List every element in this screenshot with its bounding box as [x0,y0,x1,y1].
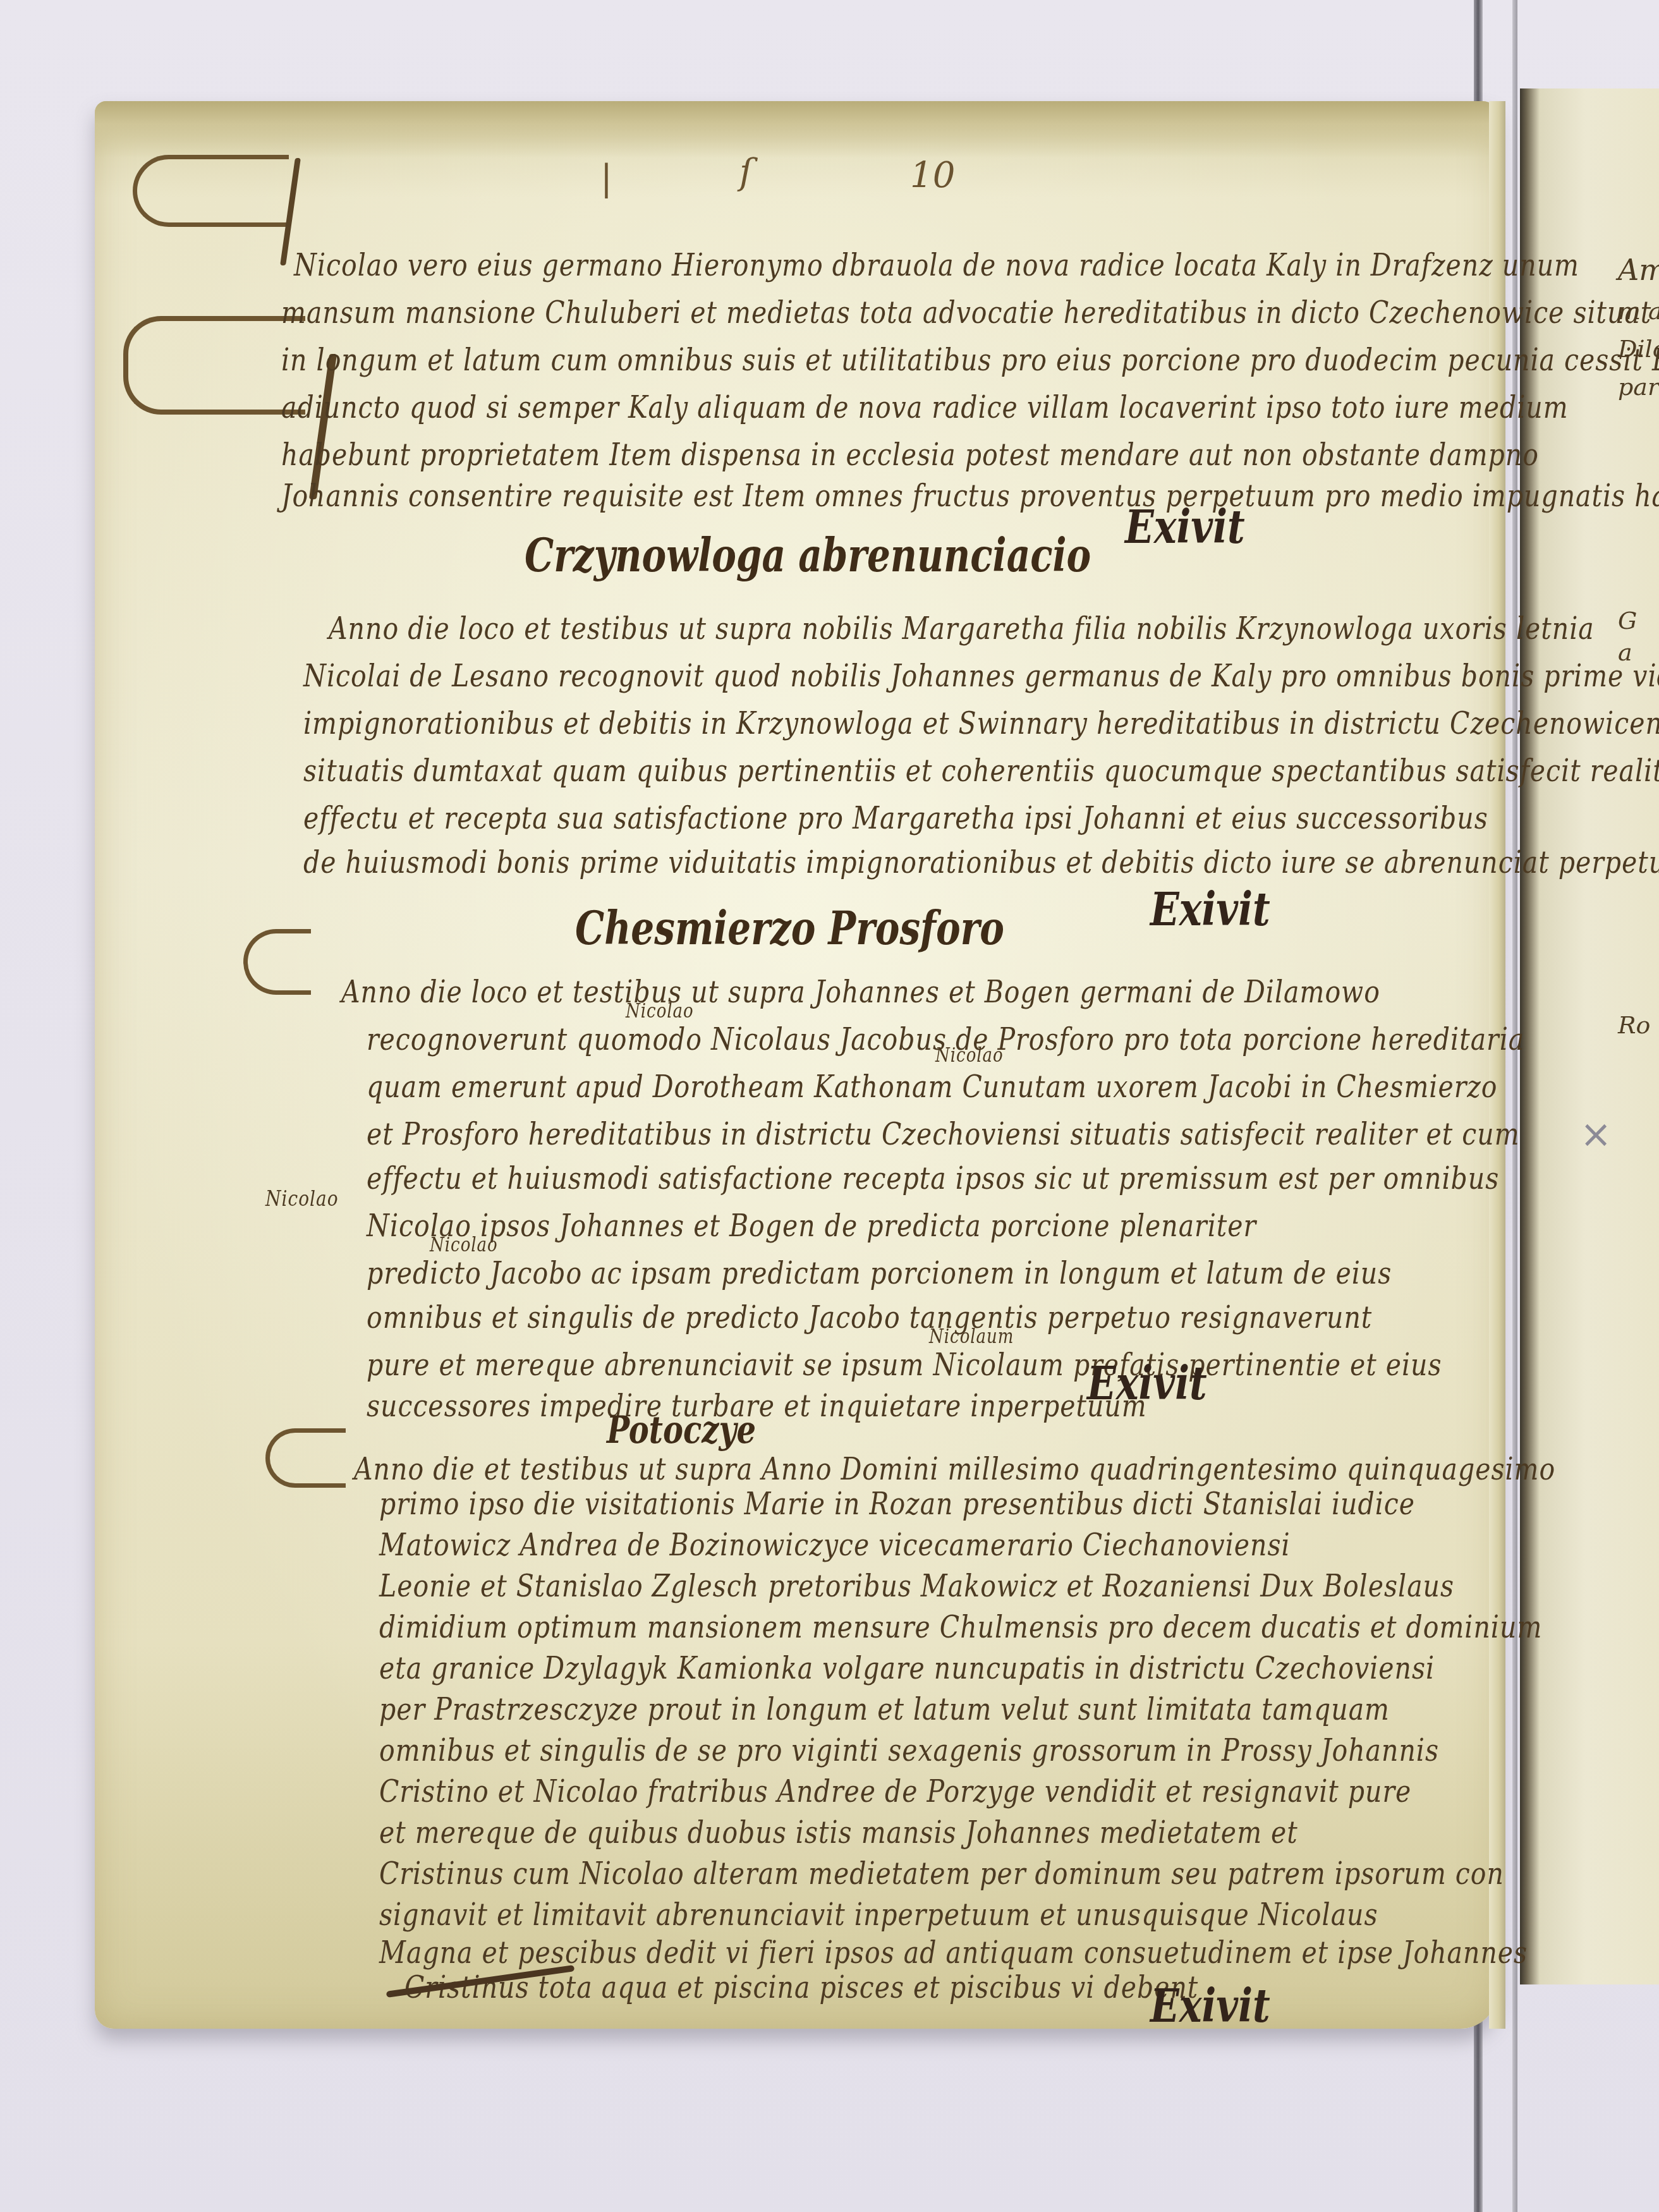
text-line: Cristinus cum Nicolao alteram medietatem… [379,1855,1504,1892]
text-line: pure et mereque abrenunciavit se ipsum N… [367,1346,1442,1383]
text-line: situatis dumtaxat quam quibus pertinenti… [303,752,1659,789]
text-line: Leonie et Stanislao Zglesch pretoribus M… [379,1567,1454,1604]
folio-number: 10 [910,155,955,196]
pencil-x-mark: × [1580,1112,1612,1157]
text-line: effectu et huiusmodi satisfactione recep… [367,1160,1499,1196]
text-line: per Prastrzesczyze prout in longum et la… [379,1691,1390,1727]
text-line: eta granice Dzylagyk Kamionka volgare nu… [379,1650,1435,1686]
text-line: dimidium optimum mansionem mensure Chulm… [379,1608,1542,1645]
entry-heading: Chesmierzo Prosforo [575,902,1004,956]
margin-note-exivit: Exivit [1150,1980,1270,2033]
text-line: effectu et recepta sua satisfactione pro… [303,799,1488,836]
entry-heading: Crzynowloga abrenunciacio [525,529,1091,583]
facing-fragment: Ro [1618,1011,1651,1039]
folio-mark: ſ [739,152,753,193]
interlinear-note: Nicolaum [929,1325,1014,1348]
interlinear-note: Nicolao [626,1000,694,1023]
text-line: primo ipso die visitationis Marie in Roz… [379,1485,1415,1522]
text-line: Anno die loco et testibus ut supra nobil… [329,610,1595,647]
margin-note-exivit: Exivit [1125,501,1245,554]
interlinear-note: Nicolao [935,1044,1004,1067]
text-line: Anno die et testibus ut supra Anno Domin… [354,1450,1555,1487]
text-line: in longum et latum cum omnibus suis et u… [281,341,1659,378]
text-line: successores impedire turbare et inquieta… [367,1387,1147,1424]
text-line: de huiusmodi bonis prime viduitatis impi… [303,844,1659,880]
text-line: Matowicz Andrea de Bozinowiczyce vicecam… [379,1526,1291,1563]
interlinear-note: Nicolao [430,1234,498,1256]
facing-fragment: G [1618,607,1637,635]
text-line: signavit et limitavit abrenunciavit inpe… [379,1896,1378,1933]
decorative-initial-a2 [243,929,311,995]
scanner-rail-secondary [1512,0,1517,2212]
margin-note-exivit: Exivit [1087,1358,1207,1411]
text-line: omnibus et singulis de predicto Jacobo t… [367,1299,1372,1335]
text-line: Cristino et Nicolao fratribus Andree de … [379,1773,1411,1809]
entry-heading: Potoczye [607,1408,756,1452]
text-line: predicto Jacobo ac ipsam predictam porci… [367,1255,1392,1291]
text-line: mansum mansione Chuluberi et medietas to… [281,294,1651,331]
text-line: et Prosforo hereditatibus in districtu C… [367,1115,1520,1152]
margin-note-exivit: Exivit [1150,884,1270,937]
text-line: Johannis consentire requisite est Item o… [281,477,1659,514]
decorative-initial-a [123,316,305,415]
text-line: omnibus et singulis de se pro viginti se… [379,1732,1439,1768]
text-line: Anno die loco et testibus ut supra Johan… [341,973,1380,1010]
text-line: adiuncto quod si semper Kaly aliquam de … [281,389,1569,425]
decorative-initial-n [133,155,289,227]
text-line: impignorationibus et debitis in Krzynowl… [303,705,1659,741]
text-line: et mereque de quibus duobus istis mansis… [379,1814,1298,1850]
text-line: quam emerunt apud Dorotheam Kathonam Cun… [367,1068,1498,1105]
folio-mark: | [600,158,612,199]
text-line: Nicolao ipsos Johannes et Bogen de predi… [367,1207,1256,1244]
facing-fragment: Am [1618,253,1659,287]
interlinear-note: Nicolao [265,1186,339,1212]
text-line: Magna et pescibus dedit vi fieri ipsos a… [379,1934,1528,1971]
decorative-initial-a3 [265,1428,346,1488]
text-line: Nicolao vero eius germano Hieronymo dbra… [294,246,1579,283]
text-line: Nicolai de Lesano recognovit quod nobili… [303,657,1659,694]
text-line: habebunt proprietatem Item dispensa in e… [281,436,1539,473]
